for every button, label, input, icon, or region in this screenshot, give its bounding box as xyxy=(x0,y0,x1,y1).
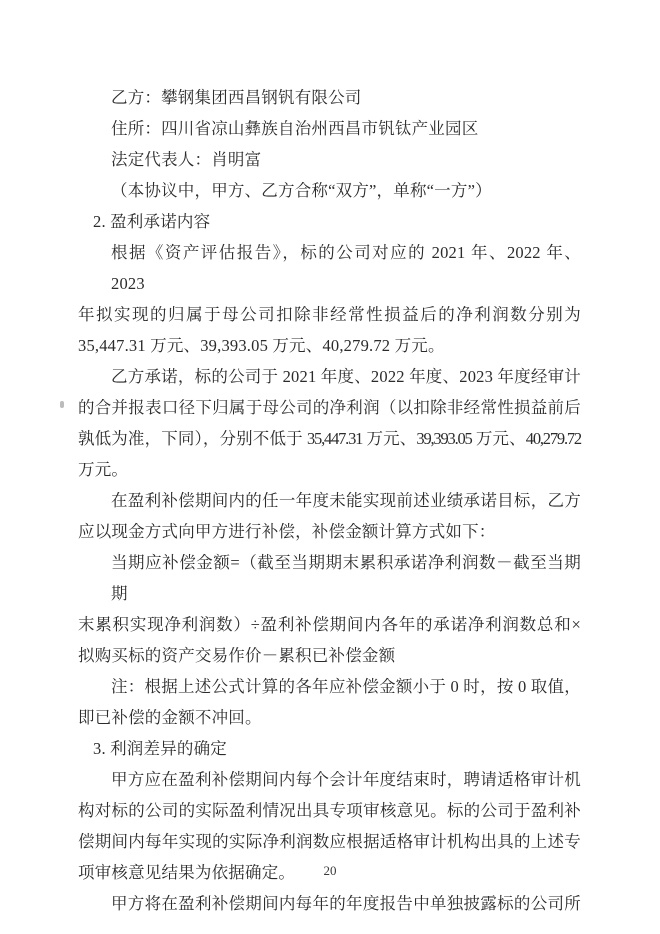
doc-line: 在盈利补偿期间内的任一年度未能实现前述业绩承诺目标，乙方 xyxy=(78,485,581,516)
doc-heading-section-3: 3. 利润差异的确定 xyxy=(78,733,581,764)
page-number: 20 xyxy=(0,863,660,879)
doc-line-note: 即已补偿的金额不冲回。 xyxy=(78,702,581,733)
doc-line-legal-representative: 法定代表人：肖明富 xyxy=(78,144,581,175)
document-body: 乙方：攀钢集团西昌钢钒有限公司 住所：四川省凉山彝族自治州西昌市钒钛产业园区 法… xyxy=(78,82,581,919)
doc-line: 年拟实现的归属于母公司扣除非经常性损益后的净利润数分别为 xyxy=(78,299,581,330)
doc-line: 甲方将在盈利补偿期间内每年的年度报告中单独披露标的公司所 xyxy=(78,888,581,919)
doc-line: 偿期间内每年实现的实际净利润数应根据适格审计机构出具的上述专 xyxy=(78,826,581,857)
doc-line-parties-note: （本协议中，甲方、乙方合称“双方”，单称“一方”） xyxy=(78,175,581,206)
doc-line: 构对标的公司的实际盈利情况出具专项审核意见。标的公司于盈利补 xyxy=(78,795,581,826)
doc-line: 甲方应在盈利补偿期间内每个会计年度结束时，聘请适格审计机 xyxy=(78,764,581,795)
doc-line-address: 住所：四川省凉山彝族自治州西昌市钒钛产业园区 xyxy=(78,113,581,144)
doc-line: 万元。 xyxy=(78,454,581,485)
doc-line-formula: 拟购买标的资产交易作价－累积已补偿金额 xyxy=(78,640,581,671)
doc-line: 应以现金方式向甲方进行补偿，补偿金额计算方式如下： xyxy=(78,516,581,547)
doc-line-note: 注：根据上述公式计算的各年应补偿金额小于 0 时，按 0 取值， xyxy=(78,671,581,702)
doc-line: 孰低为准，下同），分别不低于 35,447.31 万元、39,393.05 万元… xyxy=(78,423,581,454)
document-page: 乙方：攀钢集团西昌钢钒有限公司 住所：四川省凉山彝族自治州西昌市钒钛产业园区 法… xyxy=(0,0,660,934)
doc-line: 的合并报表口径下归属于母公司的净利润（以扣除非经常性损益前后 xyxy=(78,392,581,423)
doc-line-profit-figures: 35,447.31 万元、39,393.05 万元、40,279.72 万元。 xyxy=(78,330,581,361)
doc-line: 根据《资产评估报告》，标的公司对应的 2021 年、2022 年、2023 xyxy=(78,237,581,299)
doc-line-party-b: 乙方：攀钢集团西昌钢钒有限公司 xyxy=(78,82,581,113)
doc-line-formula: 末累积实现净利润数）÷盈利补偿期间内各年的承诺净利润数总和× xyxy=(78,609,581,640)
scan-speck xyxy=(60,401,64,408)
doc-line: 乙方承诺，标的公司于 2021 年度、2022 年度、2023 年度经审计 xyxy=(78,361,581,392)
doc-heading-section-2: 2. 盈利承诺内容 xyxy=(78,206,581,237)
doc-line-formula: 当期应补偿金额=（截至当期期末累积承诺净利润数－截至当期期 xyxy=(78,547,581,609)
